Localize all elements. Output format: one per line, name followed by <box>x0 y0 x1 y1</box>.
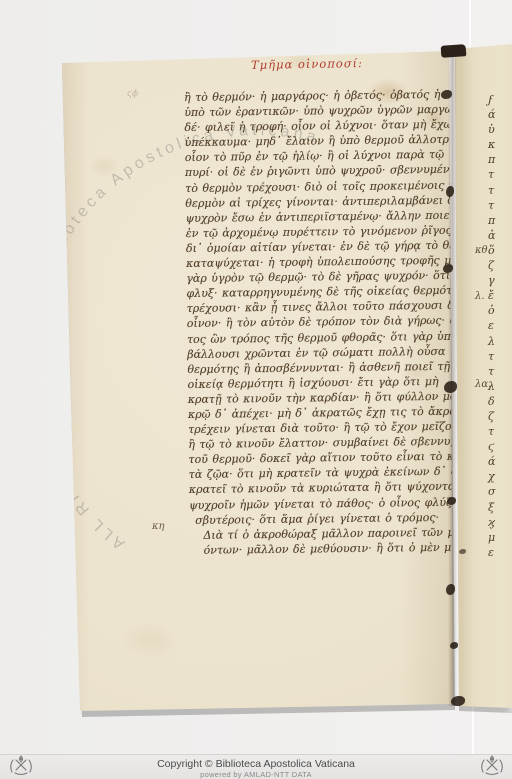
line-fragment: π <box>488 152 512 167</box>
vatican-crossed-keys-emblem <box>8 753 34 777</box>
fragment-column: ϝάὑκπτττπἀὅζγἔὀελττλδζτϛάχσξϗμε <box>488 92 512 560</box>
line-fragment: σ <box>488 484 512 499</box>
margin-number: λα. <box>475 379 491 390</box>
line-fragment: τ <box>488 424 512 439</box>
line-fragment: γ <box>488 273 512 288</box>
line-fragment: τ <box>488 198 512 213</box>
margin-number: κη <box>152 521 165 532</box>
page-gutter <box>448 52 457 706</box>
binding-tab <box>441 44 467 58</box>
footer-copyright: Copyright © Biblioteca Apostolica Vatica… <box>0 758 512 770</box>
line-fragment: δ <box>488 394 512 409</box>
vatican-crossed-keys-emblem <box>479 753 505 777</box>
binding-thread-top <box>469 0 471 52</box>
digitized-manuscript-viewer: SERVED © Bibliotec ϝάὑκπτττπἀὅζγἔὀελττλδ… <box>0 0 512 779</box>
line-fragment: ά <box>488 454 512 469</box>
margin-number: λ. <box>475 291 485 302</box>
line-fragment: τ <box>488 167 512 182</box>
line-fragment: ὀ <box>488 303 512 318</box>
viewer-footer: Copyright © Biblioteca Apostolica Vatica… <box>0 754 512 779</box>
line-fragment: ὅ <box>488 243 512 258</box>
line-fragment: μ <box>488 530 512 545</box>
text-block: ἢ τὸ θερμόν· ἡ μαργάρος· ἡ ὀβετός· ὀβατό… <box>184 87 462 558</box>
corner-mark: ϛϕ <box>127 89 138 99</box>
manuscript-line: όντων· μᾶλλον δὲ μεθύουσιν· ἢ ὅτι ὁ μὲν … <box>204 539 462 557</box>
line-fragment: ϛ <box>488 439 512 454</box>
line-fragment: τ <box>488 183 512 198</box>
line-fragment: κ <box>488 137 512 152</box>
line-fragment: ἀ <box>488 228 512 243</box>
line-fragment: ά <box>488 107 512 122</box>
margin-number: κθ. <box>475 245 491 256</box>
line-fragment: λ <box>488 379 512 394</box>
line-fragment: ϝ <box>488 92 512 107</box>
line-fragment: ε <box>488 318 512 333</box>
binding-thread-bottom <box>472 706 474 755</box>
line-fragment: ζ <box>488 409 512 424</box>
line-fragment: τ <box>488 364 512 379</box>
line-fragment: τ <box>488 349 512 364</box>
line-fragment: π <box>488 213 512 228</box>
line-fragment: ε <box>488 545 512 560</box>
manuscript-page: ALL RIGHTS RESERVED © Biblioteca Apostol… <box>0 0 512 779</box>
line-fragment: λ <box>488 334 512 349</box>
line-fragment: ἔ <box>488 288 512 303</box>
line-fragment: ζ <box>488 258 512 273</box>
rubric-title: Τμῆμα οἰνοποσί: <box>251 56 363 72</box>
footer-powered-by: powered by AMLAD-NTT DATA <box>0 770 512 779</box>
line-fragment: ϗ <box>488 515 512 530</box>
line-fragment: ξ <box>488 500 512 515</box>
line-fragment: ὑ <box>488 122 512 137</box>
line-fragment: χ <box>488 469 512 484</box>
